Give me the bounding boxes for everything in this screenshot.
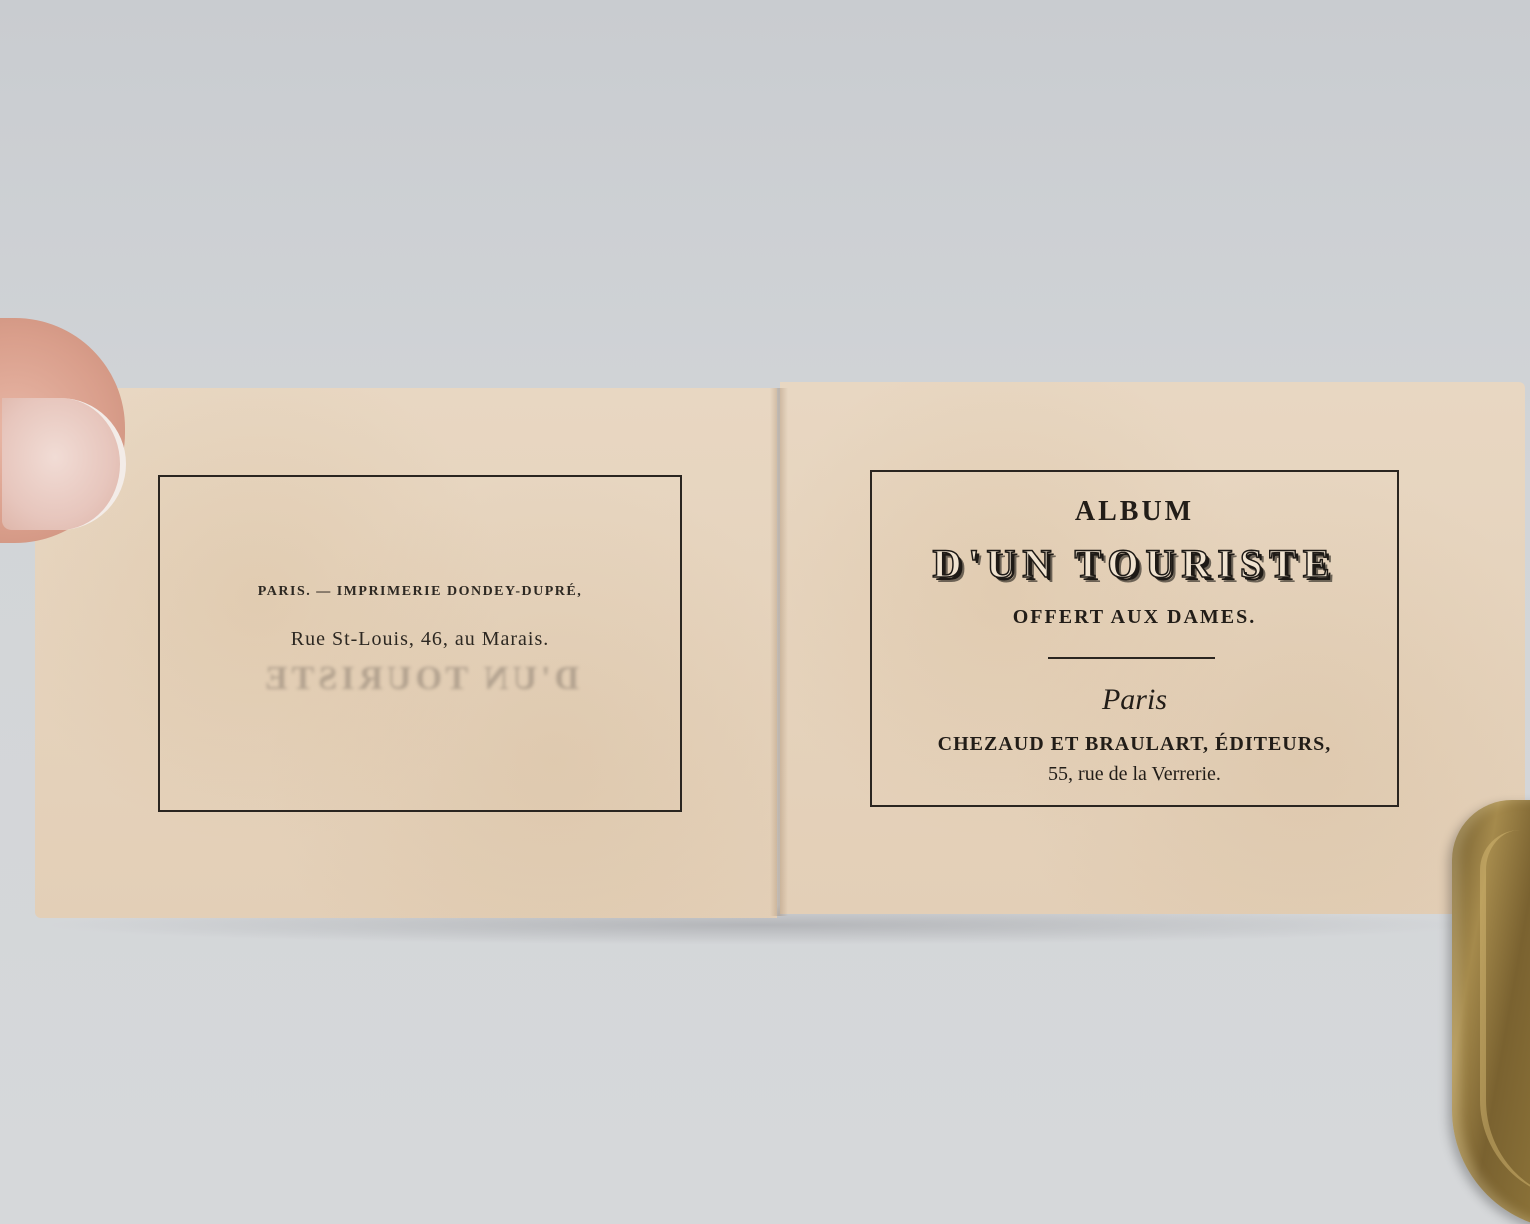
show-through-text: D'UN TOURISTE (158, 660, 682, 698)
divider-rule (1048, 657, 1215, 659)
subtitle: OFFERT AUX DAMES. (872, 606, 1397, 629)
book-gutter (770, 388, 788, 916)
place-of-publication: Paris (872, 683, 1397, 717)
printer-address: Rue St-Louis, 46, au Marais. (158, 628, 682, 651)
printer-imprint: PARIS. — IMPRIMERIE DONDEY-DUPRÉ, (158, 584, 682, 600)
publisher-name: CHEZAUD ET BRAULART, ÉDITEURS, (872, 733, 1397, 756)
title-album: ALBUM (872, 496, 1397, 528)
title-main: D'UN TOURISTE (872, 540, 1397, 587)
publisher-address: 55, rue de la Verrerie. (872, 763, 1397, 786)
